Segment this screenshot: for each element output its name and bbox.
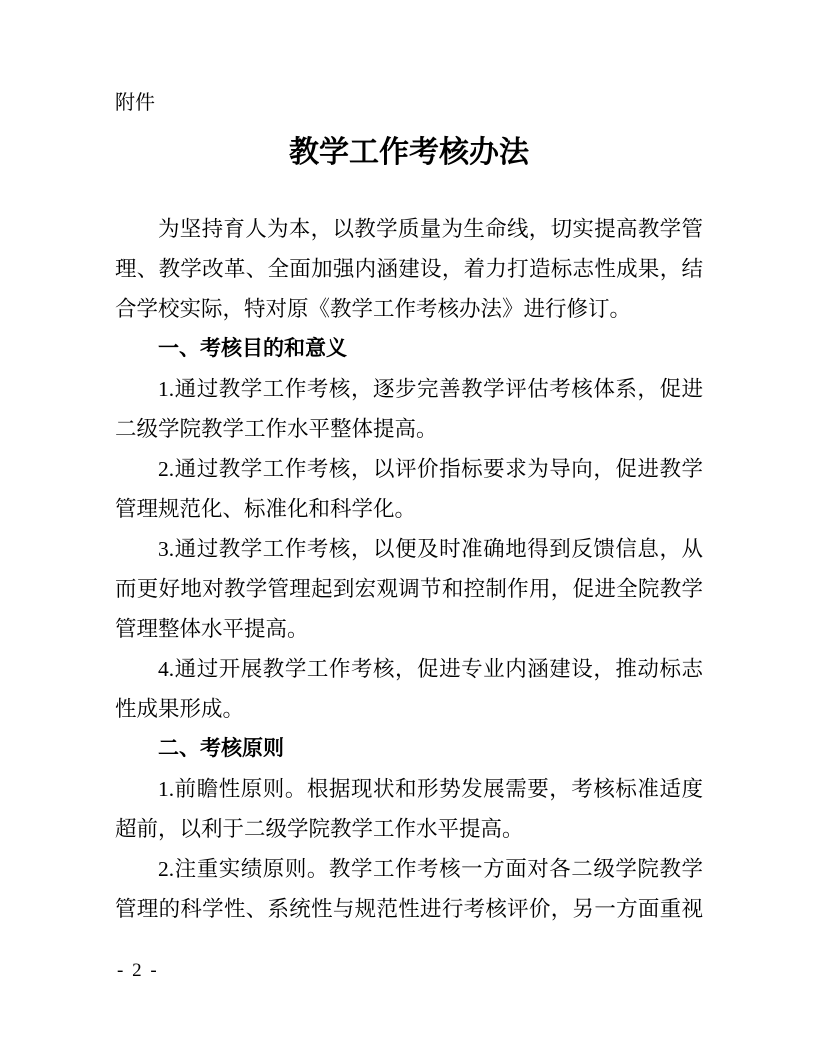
- document-body: 为坚持育人为本，以教学质量为生命线，切实提高教学管理、教学改革、全面加强内涵建设…: [115, 209, 703, 929]
- text-line: 理、教学改革、全面加强内涵建设，着力打造标志性成果，结: [115, 249, 703, 289]
- text-line: 管理规范化、标准化和科学化。: [115, 489, 703, 529]
- text-line: 合学校实际，特对原《教学工作考核办法》进行修订。: [115, 289, 703, 329]
- paragraph: 2.通过教学工作考核，以评价指标要求为导向，促进教学管理规范化、标准化和科学化。: [115, 449, 703, 529]
- page-number: - 2 -: [117, 959, 159, 983]
- document-title: 教学工作考核办法: [115, 131, 703, 175]
- text-line: 2.注重实绩原则。教学工作考核一方面对各二级学院教学: [115, 849, 703, 889]
- text-line: 4.通过开展教学工作考核，促进专业内涵建设，推动标志: [115, 649, 703, 689]
- text-line: 2.通过教学工作考核，以评价指标要求为导向，促进教学: [115, 449, 703, 489]
- paragraph: 3.通过教学工作考核，以便及时准确地得到反馈信息，从而更好地对教学管理起到宏观调…: [115, 529, 703, 649]
- text-line: 3.通过教学工作考核，以便及时准确地得到反馈信息，从: [115, 529, 703, 569]
- paragraph: 为坚持育人为本，以教学质量为生命线，切实提高教学管理、教学改革、全面加强内涵建设…: [115, 209, 703, 329]
- paragraph: 1.通过教学工作考核，逐步完善教学评估考核体系，促进二级学院教学工作水平整体提高…: [115, 369, 703, 449]
- text-line: 管理的科学性、系统性与规范性进行考核评价，另一方面重视: [115, 889, 703, 929]
- text-line: 超前，以利于二级学院教学工作水平提高。: [115, 809, 703, 849]
- text-line: 为坚持育人为本，以教学质量为生命线，切实提高教学管: [115, 209, 703, 249]
- paragraph: 4.通过开展教学工作考核，促进专业内涵建设，推动标志性成果形成。: [115, 649, 703, 729]
- text-line: 二级学院教学工作水平整体提高。: [115, 409, 703, 449]
- document-page: 附件 教学工作考核办法 为坚持育人为本，以教学质量为生命线，切实提高教学管理、教…: [0, 0, 816, 1056]
- text-line: 管理整体水平提高。: [115, 609, 703, 649]
- section-heading: 一、考核目的和意义: [115, 329, 703, 369]
- text-line: 1.通过教学工作考核，逐步完善教学评估考核体系，促进: [115, 369, 703, 409]
- paragraph: 2.注重实绩原则。教学工作考核一方面对各二级学院教学管理的科学性、系统性与规范性…: [115, 849, 703, 929]
- section-heading: 二、考核原则: [115, 729, 703, 769]
- paragraph: 1.前瞻性原则。根据现状和形势发展需要，考核标准适度超前，以利于二级学院教学工作…: [115, 769, 703, 849]
- attachment-label: 附件: [115, 90, 155, 116]
- text-line: 性成果形成。: [115, 689, 703, 729]
- text-line: 1.前瞻性原则。根据现状和形势发展需要，考核标准适度: [115, 769, 703, 809]
- text-line: 而更好地对教学管理起到宏观调节和控制作用，促进全院教学: [115, 569, 703, 609]
